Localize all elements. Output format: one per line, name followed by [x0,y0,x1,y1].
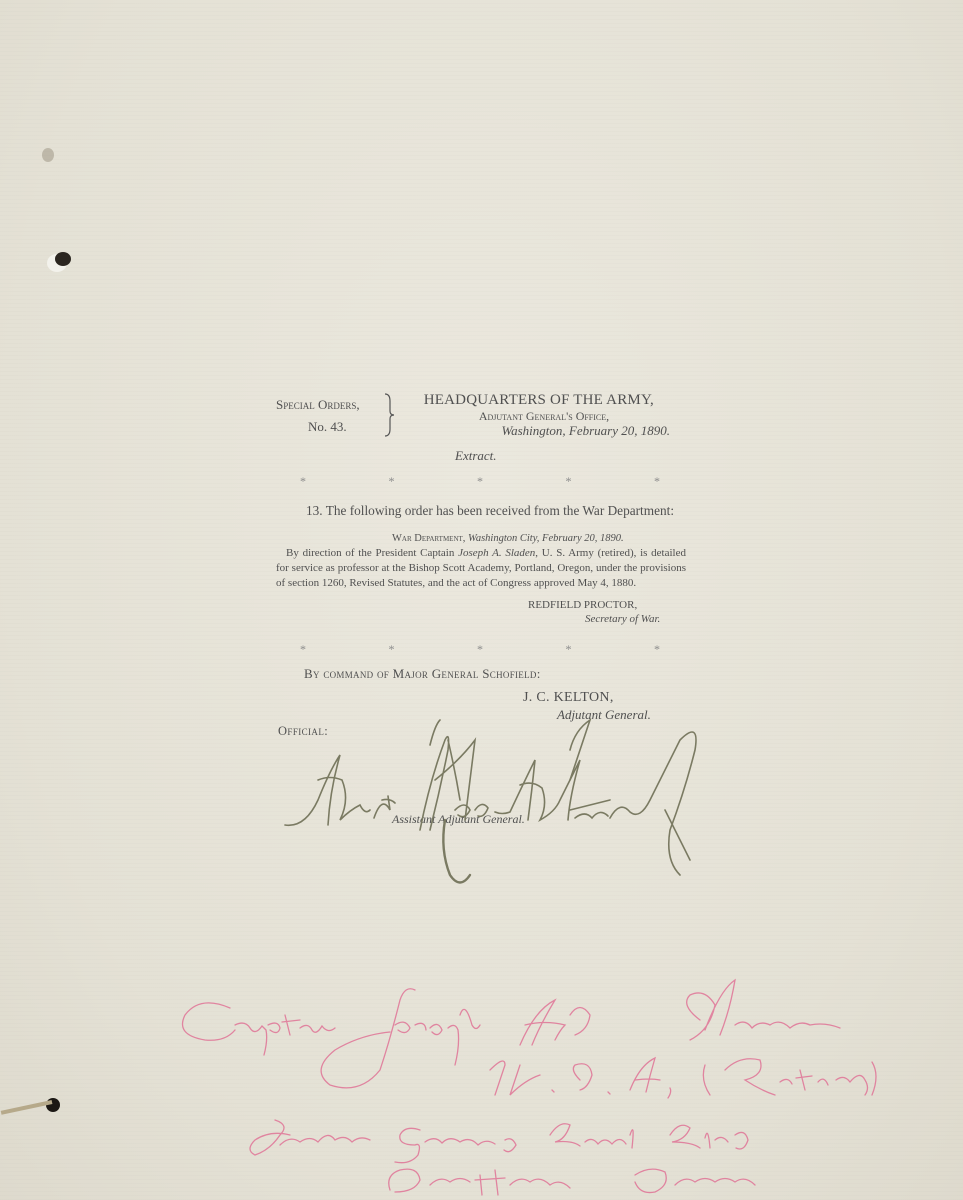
star-icon: * [389,474,395,489]
officer-name: Joseph A. Sladen [458,547,535,559]
separator-stars-bottom: * * * * * [300,642,660,657]
paragraph-13: 13. The following order has been receive… [276,502,686,520]
binding-string [1,1100,53,1115]
secretary-name: REDFIELD PROCTOR, [528,599,637,611]
handwritten-signature [270,700,720,900]
office-name: Adjutant General's Office, [418,409,670,423]
handwritten-address-text: Captain Joseph A. Sladen U. S. A., (Reti… [0,0,1,1]
separator-stars-top: * * * * * [300,474,660,489]
special-orders-label: Special Orders, No. 43. [276,394,360,438]
order-body-lead: By direction of the President Captain [286,547,458,559]
command-line: By command of Major General Schofield: [304,666,541,682]
star-icon: * [389,642,395,657]
punch-hole-mark-middle [55,252,71,266]
headquarters-title: HEADQUARTERS OF THE ARMY, [412,392,670,409]
secretary-title: Secretary of War. [585,613,660,625]
brace-icon [383,393,395,437]
place-date: Washington, February 20, 1890. [412,423,670,439]
handwritten-address [160,970,920,1200]
order-number: No. 43. [276,416,360,438]
headquarters-block: HEADQUARTERS OF THE ARMY, Adjutant Gener… [412,392,670,439]
star-icon: * [654,642,660,657]
star-icon: * [566,642,572,657]
star-icon: * [654,474,660,489]
address-line-1: Captain Joseph A. Sladen [0,0,1,1]
star-icon: * [300,642,306,657]
order-type: Special Orders, [276,394,360,416]
war-department-label: War Department, [392,533,465,544]
star-icon: * [477,474,483,489]
star-icon: * [477,642,483,657]
punch-hole-mark-top [42,148,54,162]
star-icon: * [566,474,572,489]
war-department-date: Washington City, February 20, 1890. [468,533,624,544]
extract-label: Extract. [455,448,497,464]
star-icon: * [300,474,306,489]
order-body: By direction of the President Captain Jo… [276,546,686,591]
war-department-line: War Department, Washington City, Februar… [392,533,624,544]
